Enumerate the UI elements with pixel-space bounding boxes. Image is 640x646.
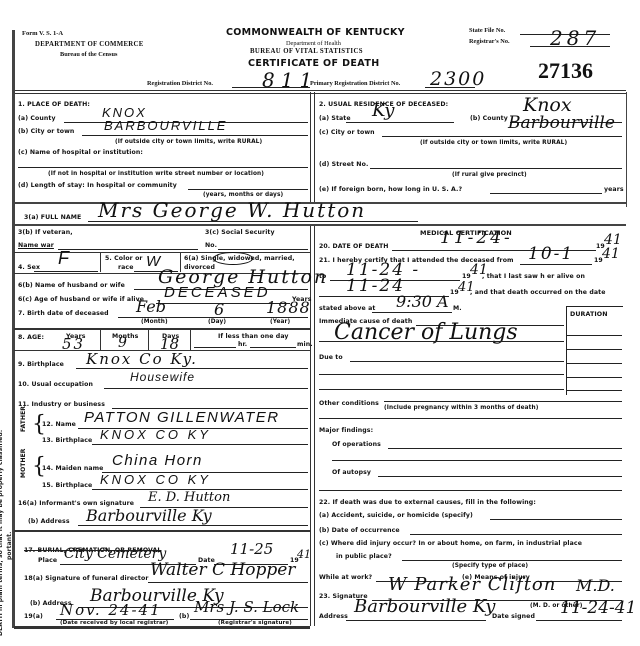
received-caption: (Date received by local registrar) [60, 620, 168, 626]
director-label: 18(a) Signature of funeral director [24, 575, 148, 582]
form-number: Form V. S. 1-A [22, 30, 63, 37]
public-label: in public place? [336, 553, 392, 560]
informant-address-value: Barbourville Ky [86, 506, 212, 525]
dept-commerce: DEPARTMENT OF COMMERCE [35, 41, 144, 48]
time-suffix: M. [453, 305, 462, 312]
father-birth-label: 13. Birthplace [42, 437, 92, 444]
bureau-vital: BUREAU OF VITAL STATISTICS [250, 48, 363, 55]
birthplace-value: Knox Co Ky. [86, 350, 198, 368]
stamp-number: 27136 [538, 58, 593, 84]
informant-sig-value: E. D. Hutton [148, 490, 230, 505]
commonwealth-title: COMMONWEALTH OF KENTUCKY [226, 27, 405, 38]
other-label: Other conditions [319, 400, 379, 407]
time-value: 9:30 A [396, 292, 449, 311]
address-value: Barbourville Ky [354, 596, 495, 617]
ssn-label: 3(c) Social Security [205, 229, 275, 236]
res-city-value: Barbourville [508, 113, 615, 133]
ssn-no-label: No. [205, 242, 217, 249]
race-label: race [118, 264, 134, 271]
father-birth-value: KNOX CO KY [100, 427, 211, 442]
occupation-label: 10. Usual occupation [18, 381, 93, 388]
husband-label: 6(b) Name of husband or wife [18, 282, 125, 289]
father-name-label: 12. Name [42, 421, 76, 428]
father-tag: FATHER [20, 406, 27, 432]
registrar-no-value: 287 [550, 26, 600, 50]
day-caption: (Day) [208, 319, 226, 325]
margin-instruction: DEATH in plain terms, so that it may be … [0, 430, 4, 636]
right-border-top [626, 92, 627, 207]
foreign-suffix: years [604, 186, 624, 193]
other-note: (Include pregnancy within 3 months of de… [384, 405, 538, 411]
husband-age-label: 6(c) Age of husband or wife if alive [18, 296, 144, 303]
major-label: Major findings: [319, 427, 373, 434]
informant-address-label: (b) Address [28, 518, 70, 525]
signature-suffix: M.D. [576, 576, 615, 595]
place-death-heading: 1. PLACE OF DEATH: [18, 101, 90, 108]
primary-reg-label: Primary Registration District No. [310, 80, 400, 87]
street-note: (If rural give precinct) [452, 172, 527, 178]
hr-label: hr. [238, 341, 247, 348]
full-name-label: 3(a) FULL NAME [24, 214, 81, 221]
mother-birth-label: 15. Birthplace [42, 482, 92, 489]
due-to-label: Due to [319, 354, 343, 361]
father-name-value: PATTON GILLENWATER [84, 409, 280, 426]
state-label: (a) State [319, 115, 351, 122]
full-name-value: Mrs George W. Hutton [98, 198, 366, 222]
registrar-sig-caption: (Registrar's signature) [218, 620, 292, 626]
mother-name-value: China Horn [112, 452, 203, 469]
color-label: 5. Color or [105, 255, 143, 262]
autopsy-label: Of autopsy [332, 469, 371, 476]
duration-box [566, 306, 623, 395]
birth-day: 6 [214, 300, 224, 319]
month-caption: (Month) [141, 319, 168, 325]
dod-value: 11-24- [440, 228, 513, 248]
reg-district-label: Registration District No. [147, 80, 213, 87]
registrar-sig-label: (b) [179, 613, 189, 620]
stay-label: (d) Length of stay: In hospital or commu… [18, 182, 177, 189]
place-type-note: (Specify type of place) [452, 563, 528, 569]
signature-value: W Parker Clifton [388, 574, 556, 595]
mother-birth-value: KNOX CO KY [100, 472, 211, 487]
burial-place-label: Place [38, 557, 57, 564]
occupation-value: Housewife [130, 370, 195, 384]
city-label: (b) City or town [18, 128, 74, 135]
name-divider [14, 224, 626, 226]
date-signed-label: Date signed [492, 613, 535, 620]
lessday-label: If less than one day [218, 333, 289, 340]
city-note: (If outside city or town limits, write R… [115, 139, 262, 145]
last-saw-label: , that I last saw h er alive on [482, 273, 585, 280]
dod-label: 20. DATE OF DEATH [319, 243, 389, 250]
registrar-no-label: Registrar's No. [469, 38, 510, 45]
res-city-label: (c) City or town [319, 129, 375, 136]
to-label: to [319, 273, 326, 280]
name-war-label: Name war [18, 242, 54, 249]
address-label: Address [319, 613, 348, 620]
registrar-sig-value: Mrs J. S. Lock [194, 598, 299, 616]
mother-name-label: 14. Maiden name [42, 465, 103, 472]
bureau-census: Bureau of the Census [60, 51, 117, 58]
director-value: Walter C Hopper [150, 560, 295, 580]
birth-month: Feb [136, 297, 166, 316]
external-label: 22. If death was due to external causes,… [319, 499, 536, 506]
stated-label: stated above at [319, 305, 375, 312]
where-label: (c) Where did injury occur? In or about … [319, 540, 582, 547]
primary-reg-value: 2300 [430, 68, 486, 90]
min-label: min. [297, 341, 313, 348]
work-label: While at work? [319, 574, 372, 581]
operations-label: Of operations [332, 441, 381, 448]
received-value: Nov. 24-41 [60, 601, 162, 619]
hospital-note: (If not in hospital or institution write… [48, 171, 264, 177]
burial-year-value: 41 [297, 548, 311, 561]
column-divider-top [310, 92, 311, 202]
date-signed-value: 11-24-41 [560, 598, 636, 618]
state-value: Ky [372, 100, 394, 121]
accident-label: (a) Accident, suicide, or homicide (spec… [319, 512, 473, 519]
attend-from: 10-1 [528, 244, 574, 264]
county-label: (a) County [18, 115, 56, 122]
husband-age-value: DECEASED [164, 284, 271, 301]
death-occurred-label: , and that death occurred on the date [470, 289, 606, 296]
dept-health: Department of Health [286, 40, 341, 47]
widowed-circle [213, 252, 253, 265]
attend-from-year: 41 [602, 246, 620, 262]
age-months: 9 [118, 335, 127, 351]
veteran-label: 3(b) If veteran, [18, 229, 73, 236]
age-label: 8. AGE: [18, 334, 44, 341]
res-county-label: (b) County [470, 115, 508, 122]
duration-label: DURATION [570, 311, 608, 318]
birthplace-label: 9. Birthplace [18, 361, 64, 368]
foreign-label: (e) If foreign born, how long in U. S. A… [319, 186, 462, 193]
hospital-label: (c) Name of hospital or institution: [18, 149, 143, 156]
res-city-note: (If outside city or town limits, write R… [420, 140, 567, 146]
state-file-label: State File No. [469, 27, 505, 34]
industry-label: 11. Industry or business [18, 401, 105, 408]
city-value: BARBOURVILLE [104, 118, 227, 133]
sex-label: 4. Sex [18, 264, 40, 271]
year-caption: (Year) [270, 319, 290, 325]
mother-tag: MOTHER [20, 448, 27, 478]
column-divider-top-2 [314, 92, 315, 202]
margin-instruction-2: portant. [6, 531, 13, 560]
occurrence-label: (b) Date of occurrence [319, 527, 400, 534]
burial-date-value: 11-25 [230, 540, 273, 558]
street-label: (d) Street No. [319, 161, 368, 168]
birth-label: 7. Birth date of deceased [18, 310, 109, 317]
sex-value: F [58, 248, 71, 269]
bottom-border [14, 626, 310, 629]
birth-year: 1888 [266, 298, 311, 317]
received-label: 19(a) [24, 613, 43, 620]
